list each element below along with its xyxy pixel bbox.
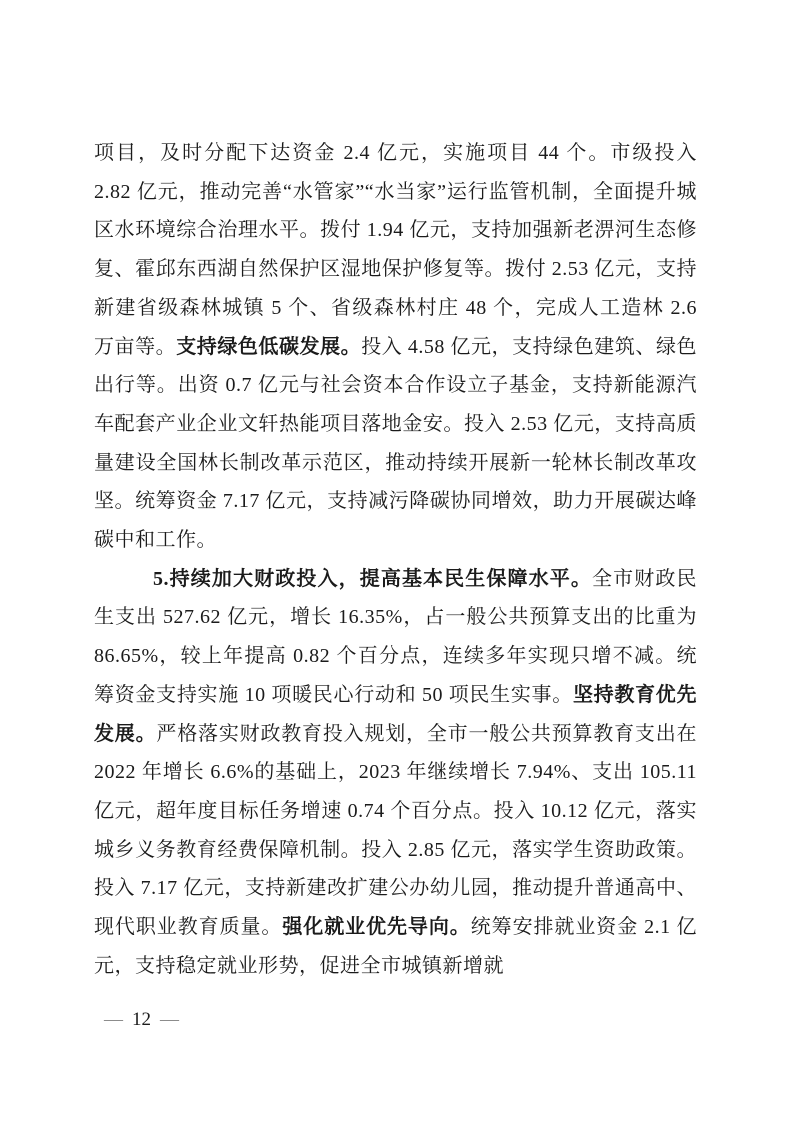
bold-heading-run-section-5: 5.持续加大财政投入，提高基本民生保障水平。	[153, 568, 592, 590]
paragraph-livelihood-investment: 5.持续加大财政投入，提高基本民生保障水平。全市财政民生支出 527.62 亿元…	[94, 560, 697, 986]
page-footer: —12—	[104, 1006, 179, 1034]
text-run: 项目，及时分配下达资金 2.4 亿元，实施项目 44 个。市级投入 2.82 亿…	[94, 142, 697, 358]
page-number: 12	[132, 1009, 151, 1030]
text-run: 严格落实财政教育投入规划，全市一般公共预算教育支出在 2022 年增长 6.6%…	[94, 723, 697, 939]
document-page: 项目，及时分配下达资金 2.4 亿元，实施项目 44 个。市级投入 2.82 亿…	[0, 0, 793, 1122]
text-block: 项目，及时分配下达资金 2.4 亿元，实施项目 44 个。市级投入 2.82 亿…	[94, 134, 697, 985]
bold-heading-run-employment-priority: 强化就业优先导向。	[282, 916, 470, 938]
footer-dash-right: —	[160, 1009, 179, 1030]
text-run: 投入 4.58 亿元，支持绿色建筑、绿色出行等。出资 0.7 亿元与社会资本合作…	[94, 336, 697, 552]
footer-dash-left: —	[104, 1009, 123, 1030]
bold-heading-run-green-low-carbon: 支持绿色低碳发展。	[176, 336, 361, 358]
paragraph-environment-funding: 项目，及时分配下达资金 2.4 亿元，实施项目 44 个。市级投入 2.82 亿…	[94, 134, 697, 560]
